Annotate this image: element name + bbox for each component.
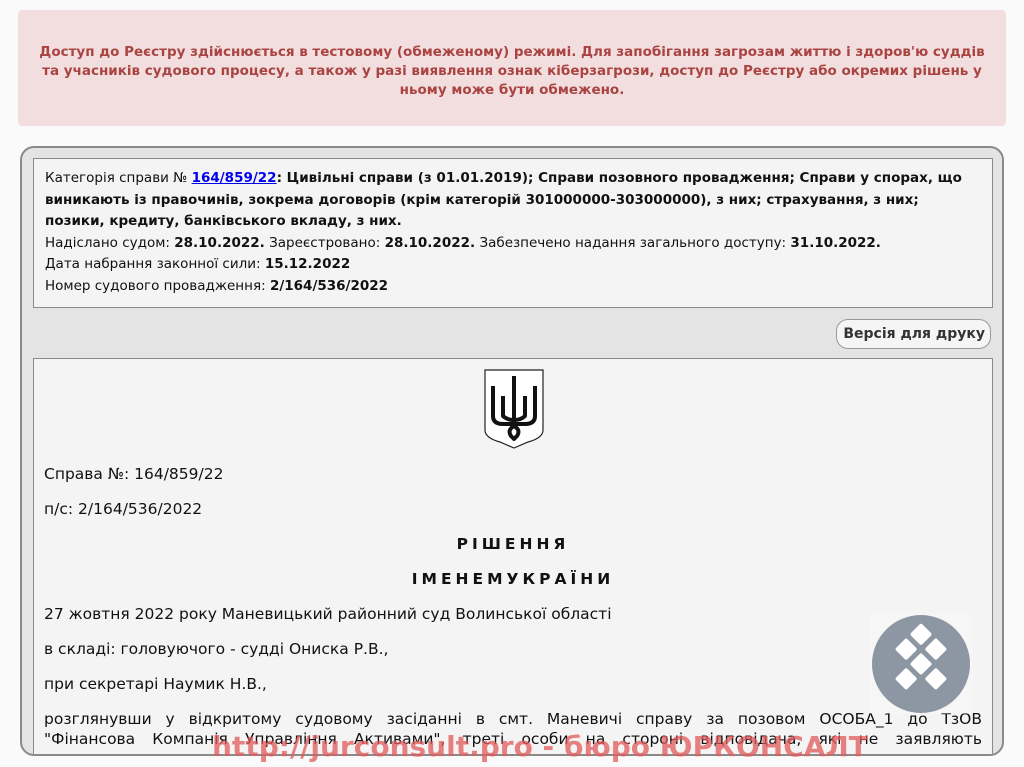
case-number-line: Справа №: 164/859/22 (44, 464, 982, 484)
sent-date: 28.10.2022. (174, 235, 265, 251)
ukraine-coat-of-arms-icon (483, 368, 545, 450)
decision-document: Справа №: 164/859/22 п/с: 2/164/536/2022… (33, 358, 993, 756)
watermark-text: http://jurconsult.pro - бюро ЮРКОНСАЛТ (212, 730, 868, 763)
effective-label: Дата набрання законної сили: (45, 256, 261, 272)
sent-label: Надіслано судом: (45, 235, 170, 251)
proceeding-label: Номер судового провадження: (45, 278, 266, 294)
case-dates: Надіслано судом: 28.10.2022. Зареєстрова… (45, 233, 981, 255)
notice-text: Доступ до Реєстру здійснюється в тестово… (39, 44, 984, 98)
public-date: 31.10.2022. (790, 235, 881, 251)
case-category: Категорія справи № 164/859/22: Цивільні … (45, 168, 981, 233)
puzzle-logo-icon[interactable] (870, 614, 973, 714)
access-notice-banner: Доступ до Реєстру здійснюється в тестово… (18, 10, 1006, 126)
proceeding-line: п/с: 2/164/536/2022 (44, 499, 982, 519)
decision-subtitle: ІМЕНЕМУКРАЇНИ (44, 569, 982, 589)
paragraph-judge: в складі: головуючого - судді Ониска Р.В… (44, 639, 982, 659)
case-info-panel: Категорія справи № 164/859/22: Цивільні … (33, 158, 993, 308)
effective-date: 15.12.2022 (265, 256, 350, 272)
proceeding-number: 2/164/536/2022 (270, 278, 388, 294)
public-label: Забезпечено надання загального доступу: (479, 235, 786, 251)
case-container: Категорія справи № 164/859/22: Цивільні … (20, 146, 1004, 756)
print-version-button[interactable]: Версія для друку (836, 319, 991, 349)
proceeding-number-row: Номер судового провадження: 2/164/536/20… (45, 276, 981, 298)
category-label: Категорія справи № (45, 170, 187, 186)
paragraph-claim-line1: розглянувши у відкритому судовому засіда… (44, 709, 982, 729)
paragraph-secretary: при секретарі Наумик Н.В., (44, 674, 982, 694)
registered-date: 28.10.2022. (385, 235, 476, 251)
decision-title: РІШЕННЯ (44, 534, 982, 554)
registered-label: Зареєстровано: (269, 235, 380, 251)
effective-date-row: Дата набрання законної сили: 15.12.2022 (45, 254, 981, 276)
paragraph-court: 27 жовтня 2022 року Маневицький районний… (44, 604, 982, 624)
case-number-link[interactable]: 164/859/22 (192, 170, 277, 186)
